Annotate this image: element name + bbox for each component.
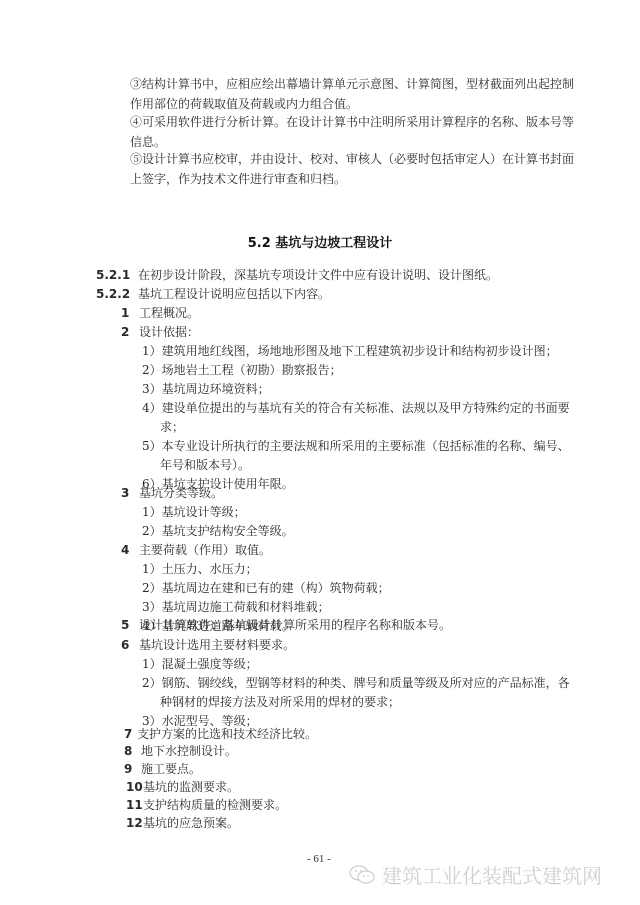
sub-item-continuation: 年号和版本号）。 — [160, 458, 250, 472]
item-number: 2 — [121, 325, 129, 339]
intro-line: ③结构计算书中，应相应绘出幕墙计算单元示意图、计算简图，型材截面列出起控制 — [130, 77, 574, 91]
clause-number: 5.2.1 — [96, 268, 130, 282]
item-number: 8 — [124, 744, 132, 758]
sub-item: 2）基坑周边在建和已有的建（构）筑物荷载； — [142, 581, 390, 595]
sub-item: 1）建筑用地红线图，场地地形图及地下工程建筑初步设计和结构初步设计图； — [142, 344, 558, 358]
intro-line: ④可采用软件进行分析计算。在设计计算书中注明所采用计算程序的名称、版本号等 — [130, 115, 574, 129]
item-number: 7 — [124, 727, 132, 741]
item-text: 工程概况。 — [139, 306, 199, 320]
section-title: 5.2 基坑与边坡工程设计 — [0, 232, 640, 251]
item-number: 1 — [121, 306, 129, 320]
sub-item: 3）基坑周边施工荷载和材料堆载； — [142, 600, 330, 614]
sub-item: 2）钢筋、钢绞线，型钢等材料的种类、牌号和质量等级及所对应的产品标准，各 — [142, 676, 570, 690]
watermark: 建筑工业化装配式建筑网 — [348, 860, 602, 889]
item-text: 设计依据： — [139, 325, 199, 339]
intro-line: 作用部位的荷载取值及荷载或内力组合值。 — [130, 97, 358, 111]
item-number: 3 — [121, 486, 129, 500]
item-text: 设计计算软件：基坑设计计算所采用的程序名称和版本号。 — [139, 618, 451, 632]
item-number: 11 — [126, 798, 143, 812]
item-text: 支护方案的比选和技术经济比较。 — [137, 727, 317, 741]
sub-item: 1）土压力、水压力； — [142, 562, 258, 576]
item-number: 5 — [121, 618, 129, 632]
clause-number: 5.2.2 — [96, 287, 130, 301]
clause-text: 在初步设计阶段，深基坑专项设计文件中应有设计说明、设计图纸。 — [138, 268, 498, 282]
sub-item: 5）本专业设计所执行的主要法规和所采用的主要标准（包括标准的名称、编号、 — [142, 439, 570, 453]
sub-item-continuation: 种钢材的焊接方法及对所采用的焊材的要求； — [160, 695, 400, 709]
sub-item: 3）基坑周边环境资料； — [142, 382, 270, 396]
item-text: 施工要点。 — [141, 762, 201, 776]
sub-item: 1）基坑设计等级； — [142, 505, 246, 519]
intro-line: 上签字，作为技术文件进行审查和归档。 — [130, 172, 346, 186]
item-number: 9 — [124, 762, 132, 776]
item-text: 主要荷载（作用）取值。 — [139, 543, 271, 557]
sub-item: 3）水泥型号、等级； — [142, 714, 258, 728]
item-number: 12 — [126, 816, 143, 830]
intro-line: ⑤设计计算书应校审，并由设计、校对、审核人（必要时包括审定人）在计算书封面 — [130, 152, 574, 166]
sub-item: 2）基坑支护结构安全等级。 — [142, 524, 294, 538]
item-number: 10 — [126, 780, 143, 794]
item-text: 支护结构质量的检测要求。 — [143, 798, 287, 812]
page-number: - 61 - — [307, 853, 331, 865]
sub-item: 4）建设单位提出的与基坑有关的符合有关标准、法规以及甲方特殊约定的书面要 — [142, 401, 570, 415]
sub-item-continuation: 求； — [160, 420, 184, 434]
intro-line: 信息。 — [130, 135, 166, 149]
clause-text: 基坑工程设计说明应包括以下内容。 — [138, 287, 330, 301]
item-text: 地下水控制设计。 — [141, 744, 237, 758]
sub-item: 2）场地岩土工程（初勘）勘察报告； — [142, 363, 342, 377]
watermark-text: 建筑工业化装配式建筑网 — [382, 860, 602, 889]
wechat-icon — [348, 864, 376, 886]
item-text: 基坑分类等级。 — [139, 486, 223, 500]
item-number: 4 — [121, 543, 129, 557]
item-text: 基坑设计选用主要材料要求。 — [139, 638, 295, 652]
item-text: 基坑的应急预案。 — [143, 816, 239, 830]
item-text: 基坑的监测要求。 — [143, 780, 239, 794]
sub-item: 1）混凝土强度等级； — [142, 657, 258, 671]
item-number: 6 — [121, 638, 129, 652]
